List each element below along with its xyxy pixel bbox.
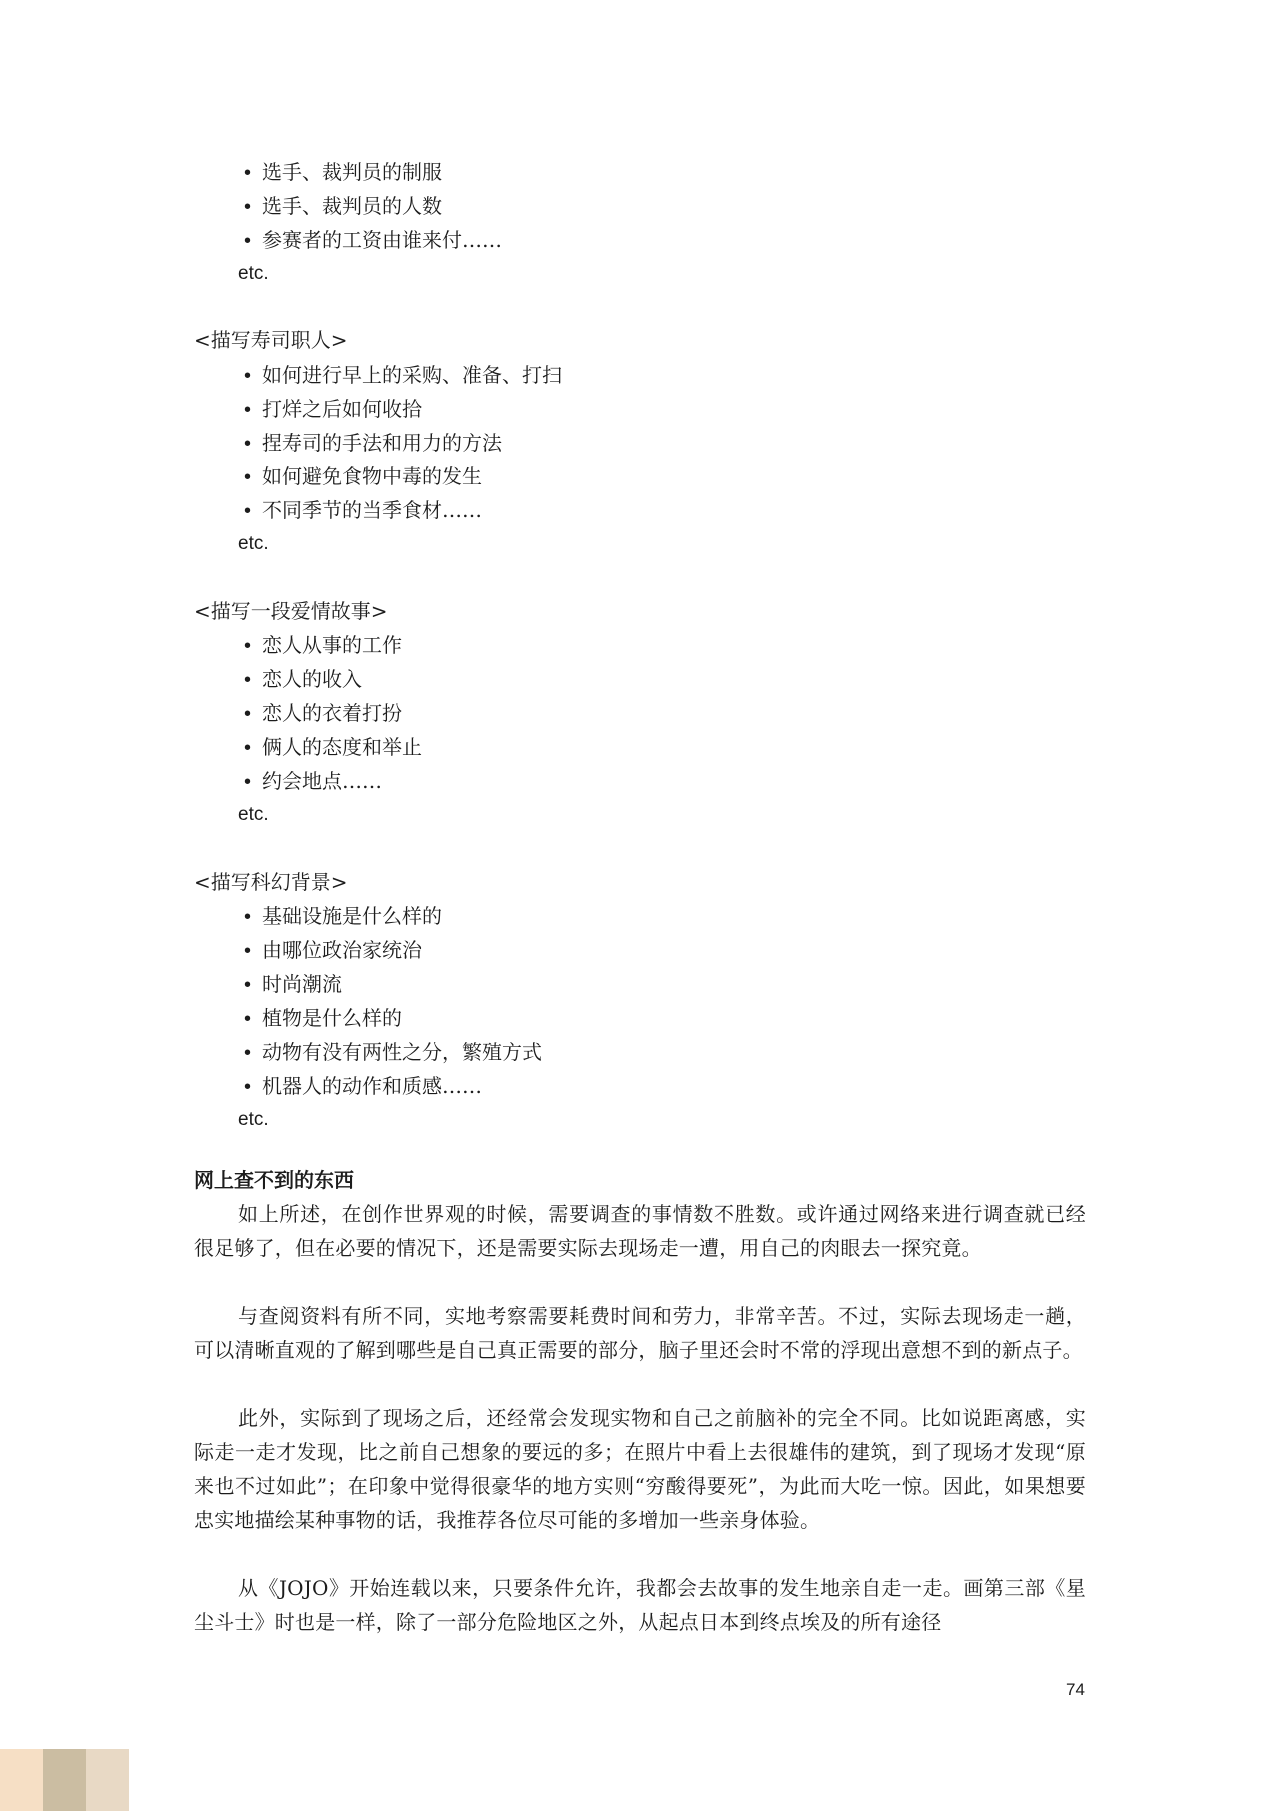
list-item: •参赛者的工资由谁来付……: [244, 223, 502, 257]
paragraph: 从《JOJO》开始连载以来，只要条件允许，我都会去故事的发生地亲自走一走。画第三…: [194, 1571, 1086, 1639]
list-item: •俩人的态度和举止: [244, 730, 422, 764]
section-header: <描写科幻背景>: [194, 865, 348, 899]
decoration-block-1: [0, 1749, 43, 1811]
book-page: •选手、裁判员的制服 •选手、裁判员的人数 •参赛者的工资由谁来付…… etc.…: [0, 0, 1280, 1811]
bullet-icon: •: [244, 1002, 262, 1036]
list-item: •恋人从事的工作: [244, 628, 402, 662]
bullet-icon: •: [244, 494, 262, 528]
bullet-icon: •: [244, 427, 262, 461]
list-item: •约会地点……: [244, 764, 382, 798]
bullet-icon: •: [244, 968, 262, 1002]
list-item: •植物是什么样的: [244, 1001, 402, 1035]
list-item: •不同季节的当季食材……: [244, 493, 482, 527]
paragraph: 此外，实际到了现场之后，还经常会发现实物和自己之前脑补的完全不同。比如说距离感，…: [194, 1401, 1086, 1537]
list-item: •恋人的衣着打扮: [244, 696, 402, 730]
bullet-icon: •: [244, 359, 262, 393]
list-item: •恋人的收入: [244, 662, 362, 696]
etc-label: etc.: [238, 1103, 269, 1137]
list-item: •由哪位政治家统治: [244, 933, 422, 967]
section-header: <描写一段爱情故事>: [194, 594, 388, 628]
paragraph: 如上所述，在创作世界观的时候，需要调查的事情数不胜数。或许通过网络来进行调查就已…: [194, 1197, 1086, 1265]
bullet-icon: •: [244, 629, 262, 663]
bullet-icon: •: [244, 393, 262, 427]
bullet-icon: •: [244, 765, 262, 799]
page-number: 74: [1066, 1680, 1085, 1700]
etc-label: etc.: [238, 257, 269, 291]
list-item: •机器人的动作和质感……: [244, 1069, 482, 1103]
bullet-icon: •: [244, 900, 262, 934]
list-item: •捏寿司的手法和用力的方法: [244, 426, 502, 460]
article-heading: 网上查不到的东西: [194, 1163, 354, 1197]
bullet-icon: •: [244, 697, 262, 731]
list-item: •动物有没有两性之分，繁殖方式: [244, 1035, 542, 1069]
decoration-block-3: [86, 1749, 129, 1811]
bullet-icon: •: [244, 934, 262, 968]
bullet-icon: •: [244, 731, 262, 765]
list-item: •选手、裁判员的人数: [244, 189, 442, 223]
bullet-icon: •: [244, 663, 262, 697]
decoration-block-2: [43, 1749, 86, 1811]
paragraph: 与查阅资料有所不同，实地考察需要耗费时间和劳力，非常辛苦。不过，实际去现场走一趟…: [194, 1299, 1086, 1367]
section-header: <描写寿司职人>: [194, 323, 348, 357]
bullet-icon: •: [244, 1070, 262, 1104]
list-item: •如何进行早上的采购、准备、打扫: [244, 358, 562, 392]
etc-label: etc.: [238, 798, 269, 832]
etc-label: etc.: [238, 527, 269, 561]
bullet-icon: •: [244, 460, 262, 494]
list-item: •时尚潮流: [244, 967, 342, 1001]
list-item: •打烊之后如何收拾: [244, 392, 422, 426]
bullet-icon: •: [244, 1036, 262, 1070]
list-item: •选手、裁判员的制服: [244, 155, 442, 189]
bullet-icon: •: [244, 156, 262, 190]
bullet-icon: •: [244, 190, 262, 224]
list-item: •基础设施是什么样的: [244, 899, 442, 933]
bullet-icon: •: [244, 224, 262, 258]
list-item: •如何避免食物中毒的发生: [244, 459, 482, 493]
